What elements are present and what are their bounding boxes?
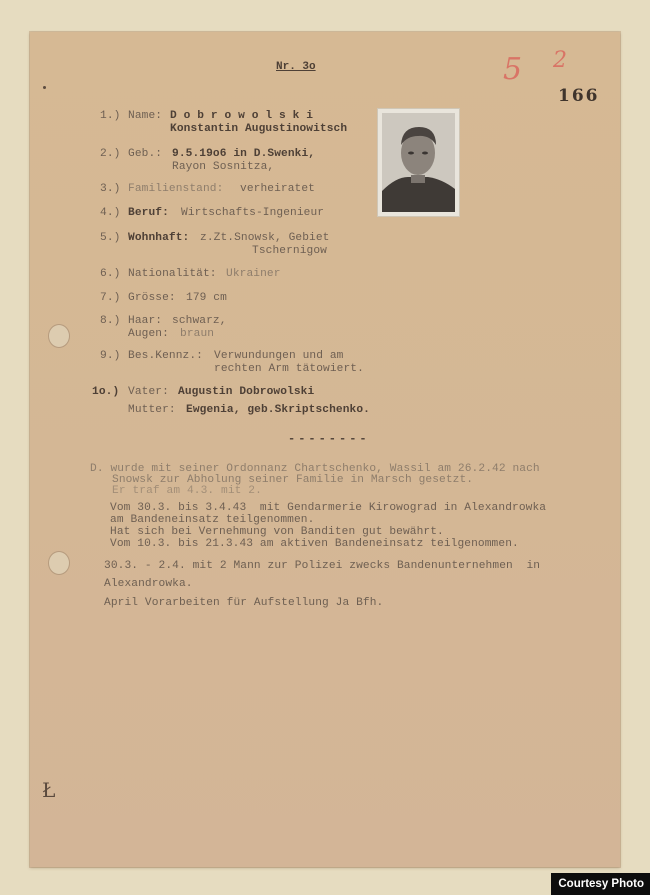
narrative-line-9: Alexandrowka. [104, 578, 193, 591]
field-8-value2: braun [180, 328, 214, 341]
field-6-label: Nationalität: [128, 268, 217, 281]
field-3-number: 3.) [100, 183, 120, 196]
punch-hole-bottom [48, 551, 70, 575]
field-10-number: 1o.) [92, 386, 119, 399]
field-6-number: 6.) [100, 268, 120, 281]
field-1-number: 1.) [100, 110, 120, 123]
narrative-line-3: Er traf am 4.3. mit 2. [112, 485, 262, 498]
field-9-label: Bes.Kennz.: [128, 350, 203, 363]
field-10-label: Vater: [128, 386, 169, 399]
field-4-value: Wirtschafts-Ingenieur [181, 207, 324, 220]
field-10-label2: Mutter: [128, 404, 176, 417]
field-4-label: Beruf: [128, 207, 169, 220]
field-5-value2: Tschernigow [252, 245, 327, 258]
narrative-line-8: 30.3. - 2.4. mit 2 Mann zur Polizei zwec… [104, 560, 540, 573]
separator-line: -------- [288, 432, 370, 446]
field-1-value2: Konstantin Augustinowitsch [170, 123, 347, 136]
field-10-value: Augustin Dobrowolski [178, 386, 314, 399]
document-number: Nr. 3o [276, 61, 316, 73]
narrative-line-7: Vom 10.3. bis 21.3.43 am aktiven Bandene… [110, 538, 519, 551]
field-8-label: Haar: [128, 315, 162, 328]
field-7-label: Grösse: [128, 292, 176, 305]
photo-credit: Courtesy Photo [551, 873, 650, 895]
field-5-label: Wohnhaft: [128, 232, 189, 245]
narrative-line-10: April Vorarbeiten für Aufstellung Ja Bfh… [104, 597, 383, 610]
field-7-value: 179 cm [186, 292, 227, 305]
field-9-value: Verwundungen und am [214, 350, 343, 363]
field-1-value: D o b r o w o l s k i [170, 110, 313, 123]
field-2-label: Geb.: [128, 148, 162, 161]
field-2-value: 9.5.19o6 in D.Swenki, [172, 148, 315, 161]
field-2-number: 2.) [100, 148, 120, 161]
field-5-value: z.Zt.Snowsk, Gebiet [200, 232, 329, 245]
punch-hole-top [48, 324, 70, 348]
field-5-number: 5.) [100, 232, 120, 245]
page-number: 166 [558, 86, 600, 106]
field-2-value2: Rayon Sosnitza, [172, 161, 274, 174]
field-3-value: verheiratet [240, 183, 315, 196]
field-8-number: 8.) [100, 315, 120, 328]
red-annotation-5: 5 [503, 52, 522, 87]
field-7-number: 7.) [100, 292, 120, 305]
field-6-value: Ukrainer [226, 268, 281, 281]
red-annotation-2: 2 [553, 48, 567, 73]
portrait-image [382, 113, 455, 212]
field-8-label2: Augen: [128, 328, 169, 341]
field-1-label: Name: [128, 110, 162, 123]
field-9-number: 9.) [100, 350, 120, 363]
field-10-value2: Ewgenia, geb.Skriptschenko. [186, 404, 370, 417]
field-4-number: 4.) [100, 207, 120, 220]
paper-speck [43, 86, 46, 89]
field-9-value2: rechten Arm tätowiert. [214, 363, 364, 376]
portrait-photo [377, 108, 460, 217]
field-3-label: Familienstand: [128, 183, 223, 196]
handwritten-margin-mark: Ł [42, 778, 55, 802]
field-8-value: schwarz, [172, 315, 227, 328]
